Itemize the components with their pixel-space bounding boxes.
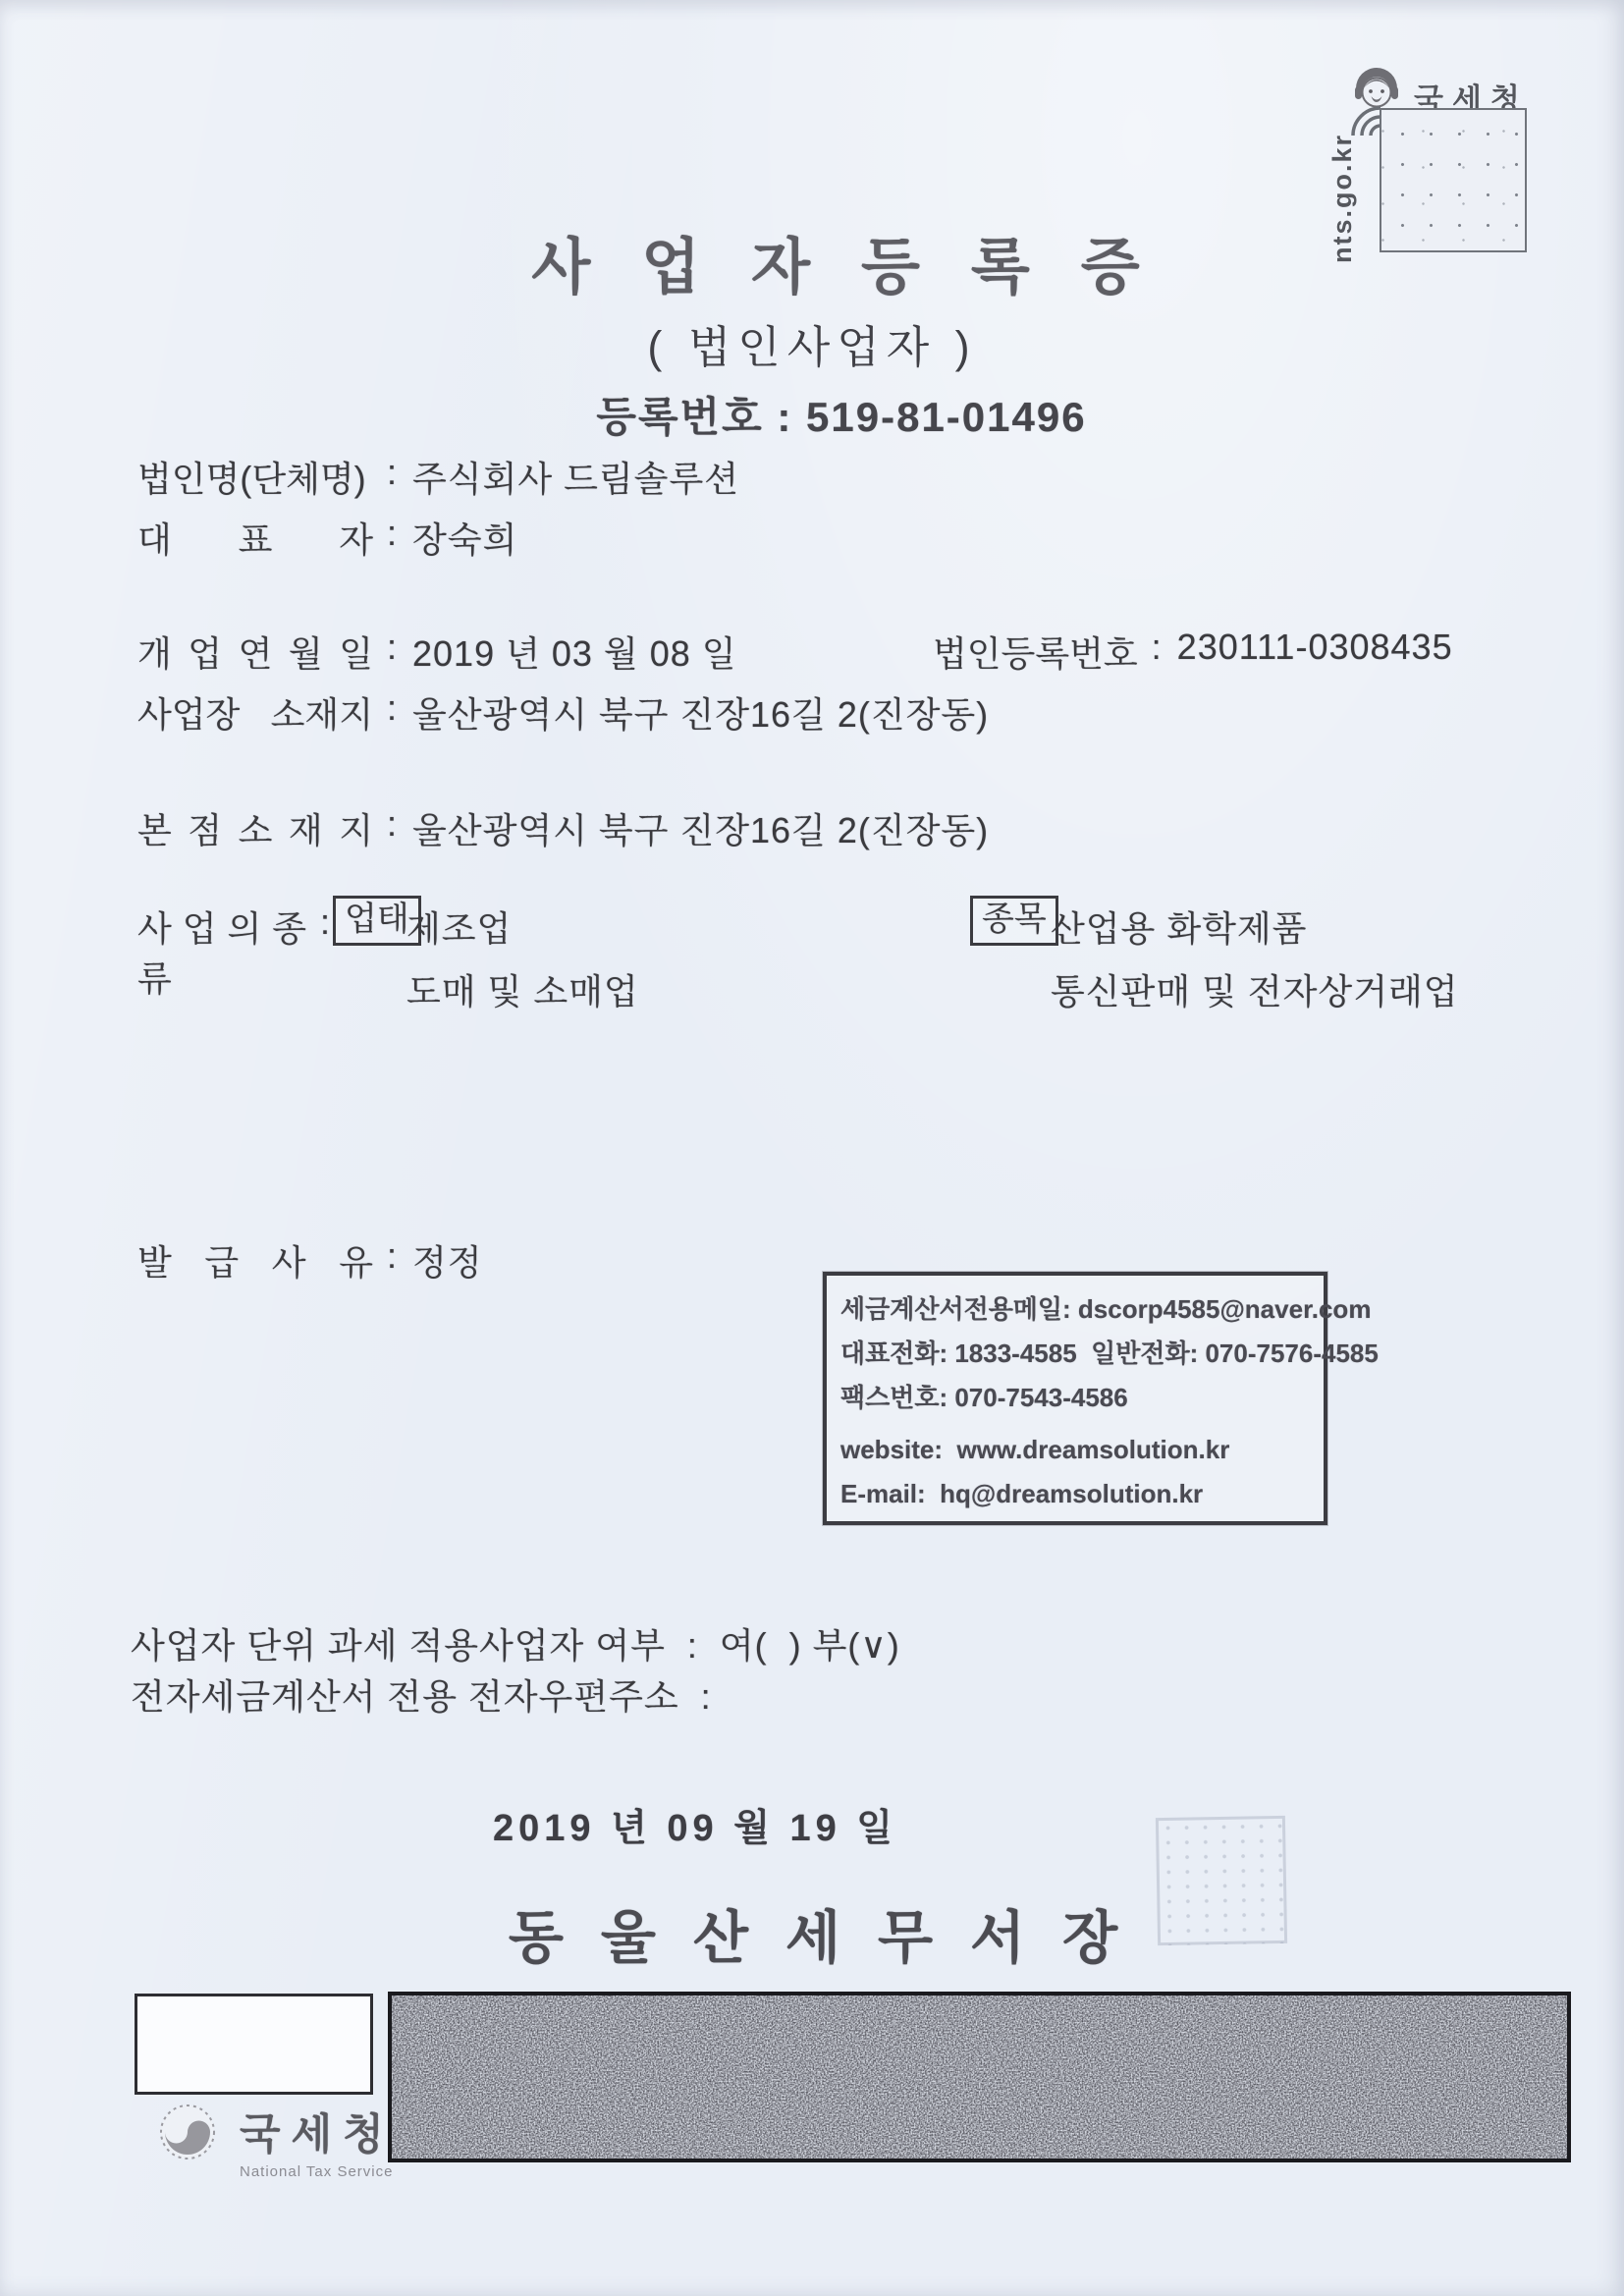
unit-taxation-line: 사업자 단위 과세 적용사업자 여부 : 여( ) 부(∨) — [131, 1618, 900, 1668]
colon: : — [373, 687, 412, 729]
field-business-address-value: 울산광역시 북구 진장16길 2(진장동) — [412, 687, 989, 738]
field-representative: 대 표 자 : 장숙희 — [137, 513, 517, 563]
colon: : — [373, 803, 412, 845]
official-seal-faint — [1156, 1816, 1287, 1945]
field-opening-date-value: 2019 년 03 월 08 일 — [412, 627, 737, 677]
field-issue-reason-label: 발 급 사 유 — [137, 1235, 373, 1285]
field-opening-date-label: 개 업 연 월 일 — [137, 627, 373, 677]
field-head-office-address-value: 울산광역시 북구 진장16길 2(진장동) — [412, 803, 989, 853]
colon: : — [373, 452, 412, 493]
contact-info-stamp: 세금계산서전용메일: dscorp4585@naver.com 대표전화: 18… — [823, 1272, 1327, 1525]
nts-website-vertical-text: nts.go.kr — [1327, 116, 1358, 263]
taegeuk-logo-icon — [157, 2102, 218, 2162]
business-item-tag: 종목 — [970, 896, 1058, 946]
nts-footer-logo-text: 국세청 — [240, 2102, 395, 2161]
signature-box-empty — [135, 1994, 373, 2095]
nts-footer-logo-subtext: National Tax Service — [240, 2163, 395, 2180]
business-category-line2: 도매 및 소매업 — [406, 964, 639, 1014]
colon: : — [1138, 627, 1177, 668]
field-head-office-address: 본 점 소 재 지 : 울산광역시 북구 진장16길 2(진장동) — [137, 803, 989, 853]
colon: : — [373, 1235, 412, 1277]
colon: : — [373, 513, 412, 554]
nts-footer-logo: 국세청 National Tax Service — [157, 2102, 395, 2180]
stamp-tax-invoice-email: 세금계산서전용메일: dscorp4585@naver.com — [840, 1287, 1324, 1332]
registration-number-line: 등록번호 : 519-81-01496 — [596, 385, 1086, 444]
stamp-phone-numbers: 대표전화: 1833-4585 일반전화: 070-7576-4585 — [840, 1332, 1324, 1376]
field-corp-name: 법인명(단체명) : 주식회사 드림솔루션 — [137, 452, 739, 502]
field-business-type-label: 사 업 의 종 류 — [137, 902, 306, 1002]
stamp-email: E-mail: hq@dreamsolution.kr — [840, 1472, 1324, 1516]
field-corp-reg-no-value: 230111-0308435 — [1177, 627, 1453, 668]
field-opening-date: 개 업 연 월 일 : 2019 년 03 월 08 일 — [137, 627, 737, 677]
security-noise-bar — [388, 1992, 1571, 2162]
business-item-line1: 산업용 화학제품 — [1051, 902, 1307, 952]
field-representative-value: 장숙희 — [412, 513, 517, 563]
document-title: 사업자등록증 — [531, 218, 1190, 305]
field-corp-reg-no-label: 법인등록번호 — [933, 627, 1138, 677]
field-business-address: 사업장 소재지 : 울산광역시 북구 진장16길 2(진장동) — [137, 687, 989, 738]
field-corp-reg-no: 법인등록번호 : 230111-0308435 — [933, 627, 1453, 677]
business-registration-certificate: 국세청 nts.go.kr 사업자등록증 ( 법인사업자 ) 등록번호 : 51… — [0, 0, 1624, 2296]
field-head-office-address-label: 본 점 소 재 지 — [137, 803, 373, 853]
colon: : — [373, 627, 412, 668]
field-issue-reason-value: 정정 — [412, 1235, 483, 1285]
field-corp-name-label: 법인명(단체명) — [137, 452, 373, 502]
business-item-line2: 통신판매 및 전자상거래업 — [1051, 964, 1459, 1014]
field-business-type: 사 업 의 종 류 : — [137, 902, 346, 1002]
stamp-fax-number: 팩스번호: 070-7543-4586 — [840, 1376, 1324, 1420]
stamp-website: website: www.dreamsolution.kr — [840, 1428, 1324, 1472]
watermark-dot-square — [1380, 108, 1527, 252]
document-subtitle: ( 법인사업자 ) — [647, 311, 976, 375]
e-invoice-email-line: 전자세금계산서 전용 전자우편주소 : — [131, 1669, 712, 1720]
field-issue-reason: 발 급 사 유 : 정정 — [137, 1235, 483, 1285]
issuing-office-name: 동울산세무서장 — [509, 1891, 1155, 1974]
issue-date: 2019 년 09 월 19 일 — [493, 1797, 897, 1851]
field-corp-name-value: 주식회사 드림솔루션 — [412, 452, 739, 502]
field-representative-label: 대 표 자 — [137, 513, 373, 563]
field-business-address-label: 사업장 소재지 — [137, 687, 373, 738]
business-category-line1: 제조업 — [406, 902, 512, 952]
